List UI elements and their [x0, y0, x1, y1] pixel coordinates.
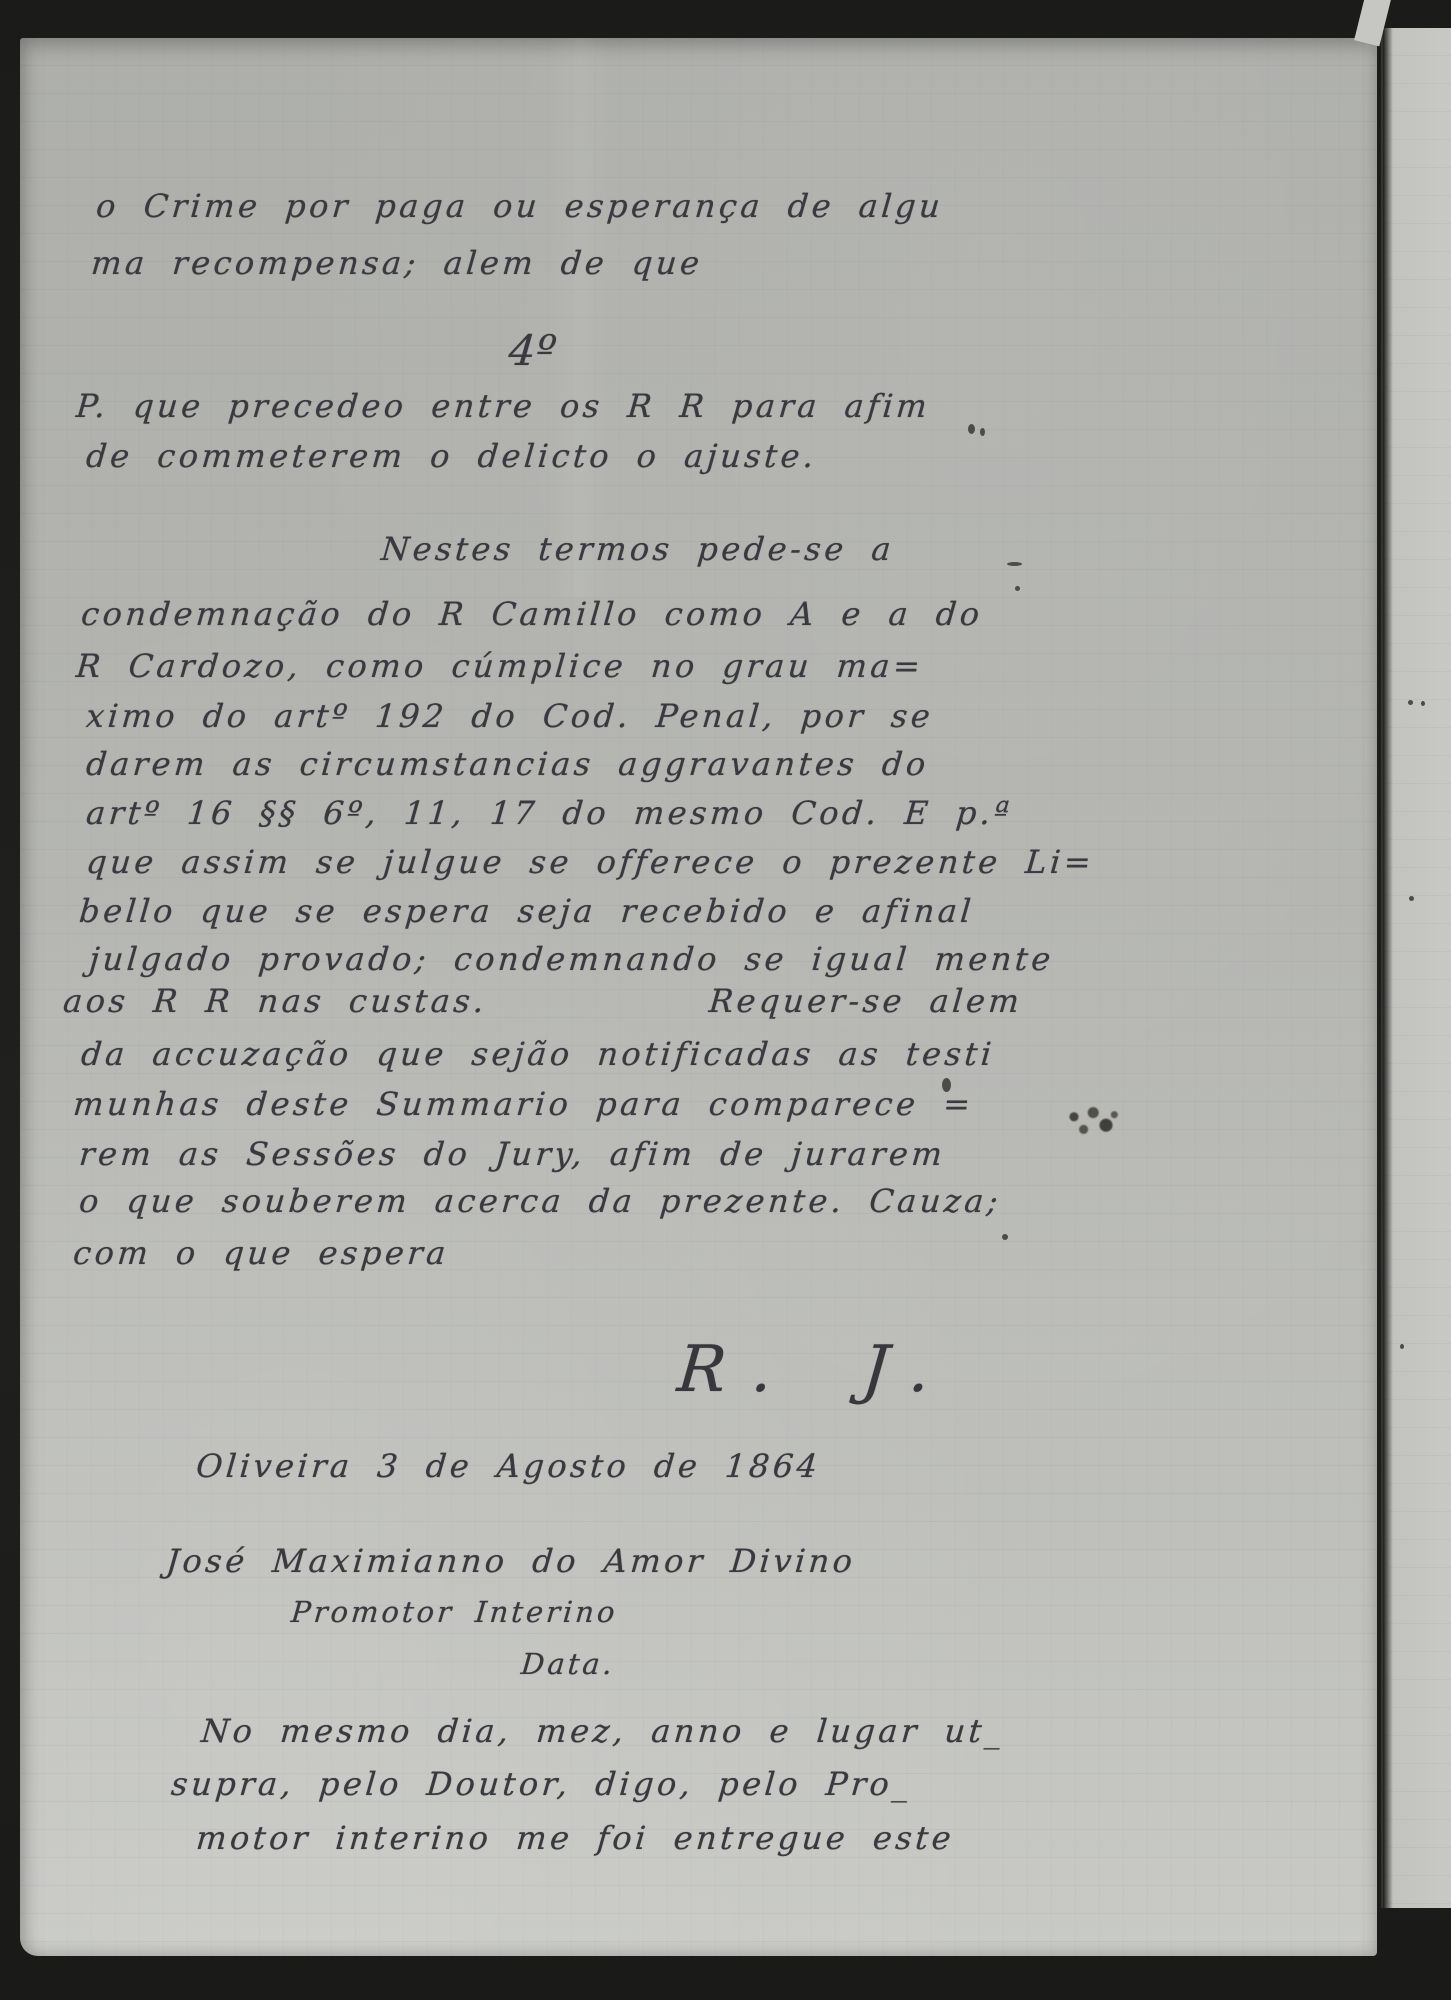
manuscript-line-body-2: condemnação do R Camillo como A e a do	[80, 598, 984, 630]
manuscript-line-closing-3: motor interino me foi entregue este	[195, 1822, 956, 1854]
manuscript-line-body-6: artº 16 §§ 6º, 11, 17 do mesmo Cod. E p.…	[85, 797, 1014, 829]
manuscript-line-closing-1: No mesmo dia, mez, anno e lugar ut_	[200, 1715, 1006, 1747]
manuscript-line-opening-1: o Crime por paga ou esperança de algu	[95, 190, 945, 222]
ink-speck	[1400, 1344, 1404, 1349]
manuscript-line-body-13: rem as Sessões do Jury, afim de jurarem	[78, 1138, 947, 1170]
ink-speck	[1409, 896, 1414, 901]
ink-speck	[1007, 562, 1022, 566]
manuscript-line-body-15: com o que espera	[72, 1237, 450, 1269]
manuscript-line-body-9: julgado provado; condemnando se igual me…	[88, 943, 1055, 975]
ink-speck	[980, 428, 985, 436]
manuscript-line-body-1: Nestes termos pede-se a	[380, 533, 896, 565]
manuscript-line-body-5: darem as circumstancias aggravantes do	[85, 748, 930, 780]
manuscript-line-closing-2: supra, pelo Doutor, digo, pelo Pro_	[170, 1768, 913, 1800]
manuscript-line-petition-1: P. que precedeo entre os R R para afim	[75, 390, 932, 422]
ink-speck	[942, 1078, 951, 1092]
initials-rj: R. J.	[675, 1338, 959, 1402]
scanned-document: o Crime por paga ou esperança de algu ma…	[0, 0, 1451, 2000]
manuscript-line-body-7: que assim se julgue se offerece o prezen…	[85, 846, 1096, 878]
ink-speck	[1408, 700, 1413, 705]
data-heading: Data.	[520, 1650, 616, 1679]
ink-smudge	[1058, 1100, 1122, 1142]
signature-role: Promotor Interino	[290, 1598, 619, 1627]
manuscript-line-opening-2: ma recompensa; alem de que	[90, 247, 704, 279]
manuscript-line-body-14: o que souberem acerca da prezente. Cauza…	[78, 1185, 1003, 1217]
paper-crease	[550, 38, 610, 598]
manuscript-line-body-8: bello que se espera seja recebido e afin…	[78, 895, 976, 927]
manuscript-page: o Crime por paga ou esperança de algu ma…	[20, 38, 1377, 1956]
manuscript-line-body-3: R Cardozo, como cúmplice no grau ma=	[75, 650, 925, 682]
manuscript-line-body-12: munhas deste Summario para comparece =	[72, 1088, 975, 1120]
manuscript-line-body-11: da accuzação que sejão notificadas as te…	[80, 1038, 996, 1070]
dateline: Oliveira 3 de Agosto de 1864	[195, 1450, 822, 1482]
section-heading: 4º	[507, 330, 559, 372]
signature-name: José Maximianno do Amor Divino	[165, 1545, 857, 1577]
manuscript-line-body-10: aos R R nas custas. Requer-se alem	[62, 985, 1024, 1017]
ink-speck	[1421, 701, 1425, 706]
ink-speck	[1015, 586, 1020, 591]
adjacent-page-edge	[1381, 28, 1451, 1908]
ink-speck	[1002, 1234, 1008, 1240]
manuscript-line-body-4: ximo do artº 192 do Cod. Penal, por se	[85, 700, 935, 732]
manuscript-line-petition-2: de commeterem o delicto o ajuste.	[85, 440, 818, 472]
ink-speck	[968, 424, 975, 434]
